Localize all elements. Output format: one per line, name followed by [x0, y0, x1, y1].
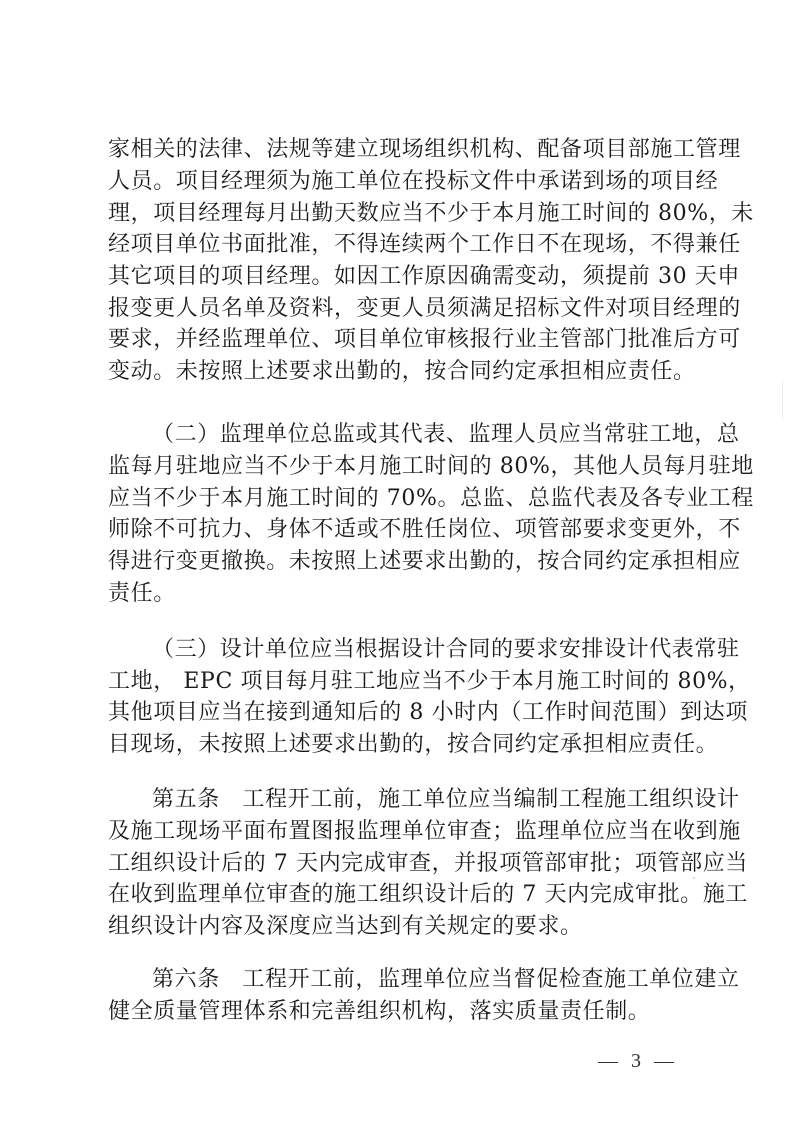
text-line: 目现场，未按照上述要求出勤的，按合同约定承担相应责任。: [108, 730, 692, 760]
text-line: （二）监理单位总监或其代表、监理人员应当常驻工地，总: [152, 420, 692, 450]
text-line: 变动。未按照上述要求出勤的，按合同约定承担相应责任。: [108, 357, 692, 387]
text-line: 得进行变更撤换。未按照上述要求出勤的，按合同约定承担相应: [108, 547, 692, 577]
text-line: 监每月驻地应当不少于本月施工时间的 80%，其他人员每月驻地: [108, 452, 692, 482]
text-line: 家相关的法律、法规等建立现场组织机构、配备项目部施工管理: [108, 135, 692, 165]
document-page: 家相关的法律、法规等建立现场组织机构、配备项目部施工管理人员。项目经理须为施工单…: [0, 0, 795, 1122]
text-line: （三）设计单位应当根据设计合同的要求安排设计代表常驻: [152, 635, 692, 665]
text-line: 应当不少于本月施工时间的 70%。总监、总监代表及各专业工程: [108, 484, 692, 514]
text-line: 要求，并经监理单位、项目单位审核报行业主管部门批准后方可: [108, 325, 692, 355]
text-line: 报变更人员名单及资料，变更人员须满足招标文件对项目经理的: [108, 294, 692, 324]
text-line: 第五条 工程开工前，施工单位应当编制工程施工组织设计: [152, 785, 692, 815]
text-line: 第六条 工程开工前，监理单位应当督促检查施工单位建立: [152, 965, 692, 995]
text-line: 其它项目的项目经理。如因工作原因确需变动，须提前 30 天申: [108, 262, 692, 292]
text-line: 责任。: [108, 579, 692, 609]
text-line: 及施工现场平面布置图报监理单位审查；监理单位应当在收到施: [108, 817, 692, 847]
text-line: 工地， EPC 项目每月驻工地应当不少于本月施工时间的 80%，: [108, 667, 692, 697]
scan-speck: [693, 877, 695, 879]
text-line: 人员。项目经理须为施工单位在投标文件中承诺到场的项目经: [108, 167, 692, 197]
text-line: 健全质量管理体系和完善组织机构，落实质量责任制。: [108, 997, 692, 1027]
page-number: — 3 —: [598, 1050, 678, 1073]
text-line: 经项目单位书面批准，不得连续两个工作日不在现场，不得兼任: [108, 230, 692, 260]
text-line: 组织设计内容及深度应当达到有关规定的要求。: [108, 912, 692, 942]
scan-edge: [782, 380, 783, 420]
text-line: 在收到监理单位审查的施工组织设计后的 7 天内完成审批。施工: [108, 880, 692, 910]
text-line: 师除不可抗力、身体不适或不胜任岗位、项管部要求变更外，不: [108, 515, 692, 545]
text-line: 其他项目应当在接到通知后的 8 小时内（工作时间范围）到达项: [108, 698, 692, 728]
text-line: 理，项目经理每月出勤天数应当不少于本月施工时间的 80%，未: [108, 199, 692, 229]
text-line: 工组织设计后的 7 天内完成审查，并报项管部审批；项管部应当: [108, 849, 692, 879]
